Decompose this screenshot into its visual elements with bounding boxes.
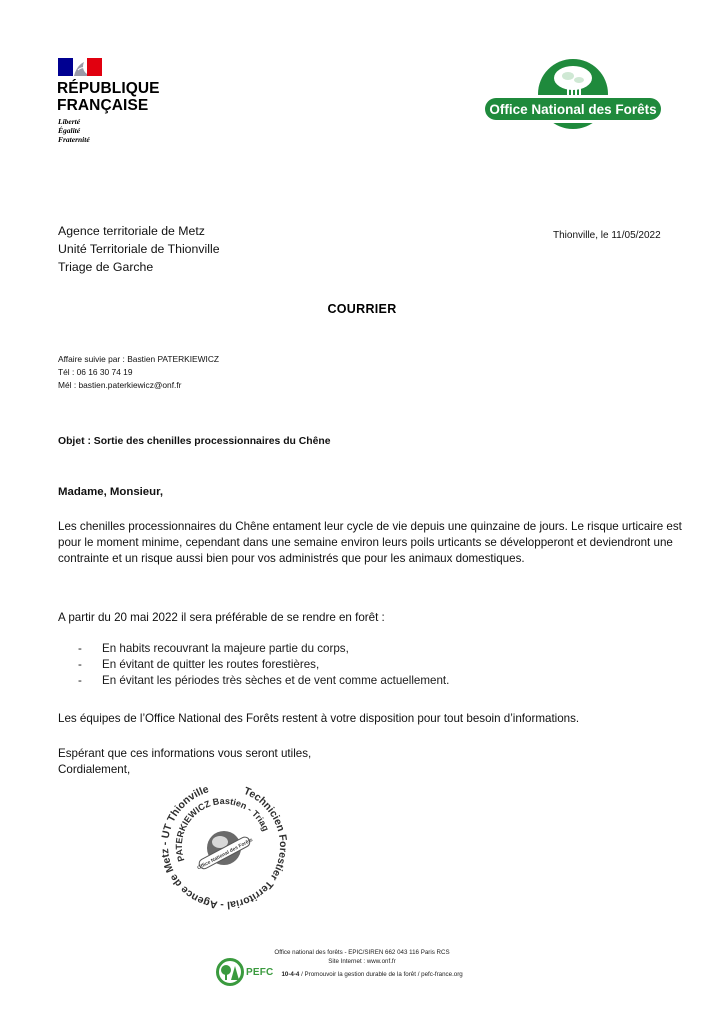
letter-date: Thionville, le 11/05/2022 (553, 230, 661, 241)
pefc-logo-icon (216, 958, 244, 986)
republique-motto: Liberté Égalité Fraternité (58, 117, 90, 144)
recommendation-list: En habits recouvrant la majeure partie d… (78, 641, 449, 690)
letter-subject: Objet : Sortie des chenilles processionn… (58, 436, 331, 447)
motto-liberte: Liberté (58, 117, 90, 126)
salutation: Madame, Monsieur, (58, 484, 163, 500)
contact-phone: Tél : 06 16 30 74 19 (58, 366, 219, 379)
paragraph-recommendation: A partir du 20 mai 2022 il sera préférab… (58, 610, 385, 626)
rf-line2: FRANÇAISE (57, 97, 160, 114)
list-item: En évitant les périodes très sèches et d… (78, 673, 449, 689)
official-stamp: Technicien Forestier Territorial - Agenc… (158, 780, 290, 912)
closing-regards: Cordialement, (58, 762, 311, 778)
republique-francaise-title: RÉPUBLIQUE FRANÇAISE (57, 80, 160, 114)
rf-line1: RÉPUBLIQUE (57, 80, 160, 97)
sender-unit: Unité Territoriale de Thionville (58, 240, 220, 258)
footer-legal: Office national des forêts - EPIC/SIREN … (0, 948, 724, 957)
list-item: En évitant de quitter les routes foresti… (78, 657, 449, 673)
list-item: En habits recouvrant la majeure partie d… (78, 641, 449, 657)
motto-egalite: Égalité (58, 126, 90, 135)
paragraph-risk: Les chenilles processionnaires du Chêne … (58, 519, 698, 568)
followed-by: Affaire suivie par : Bastien PATERKIEWIC… (58, 353, 219, 366)
onf-logo: Office National des Forêts (480, 58, 666, 130)
sender-agency: Agence territoriale de Metz (58, 222, 220, 240)
closing: Espérant que ces informations vous seron… (58, 746, 311, 778)
motto-fraternite: Fraternité (58, 135, 90, 144)
document-type-heading: COURRIER (0, 302, 724, 316)
sender-block: Agence territoriale de Metz Unité Territ… (58, 222, 220, 276)
pefc-text: / Promouvoir la gestion durable de la fo… (299, 971, 462, 978)
contact-email: Mél : bastien.paterkiewicz@onf.fr (58, 379, 219, 392)
paragraph-availability: Les équipes de l’Office National des For… (58, 711, 718, 727)
sender-triage: Triage de Garche (58, 258, 220, 276)
pefc-wordmark: PEFC (246, 967, 273, 978)
contact-block: Affaire suivie par : Bastien PATERKIEWIC… (58, 353, 219, 392)
closing-line: Espérant que ces informations vous seron… (58, 746, 311, 762)
pefc-code: 10-4-4 (281, 971, 299, 978)
marianne-flag-icon (58, 58, 102, 76)
svg-text:Office National des Forêts: Office National des Forêts (489, 102, 656, 117)
pefc-tagline: 10-4-4 / Promouvoir la gestion durable d… (281, 971, 462, 978)
pefc-certification: PEFC 10-4-4 / Promouvoir la gestion dura… (216, 958, 463, 986)
